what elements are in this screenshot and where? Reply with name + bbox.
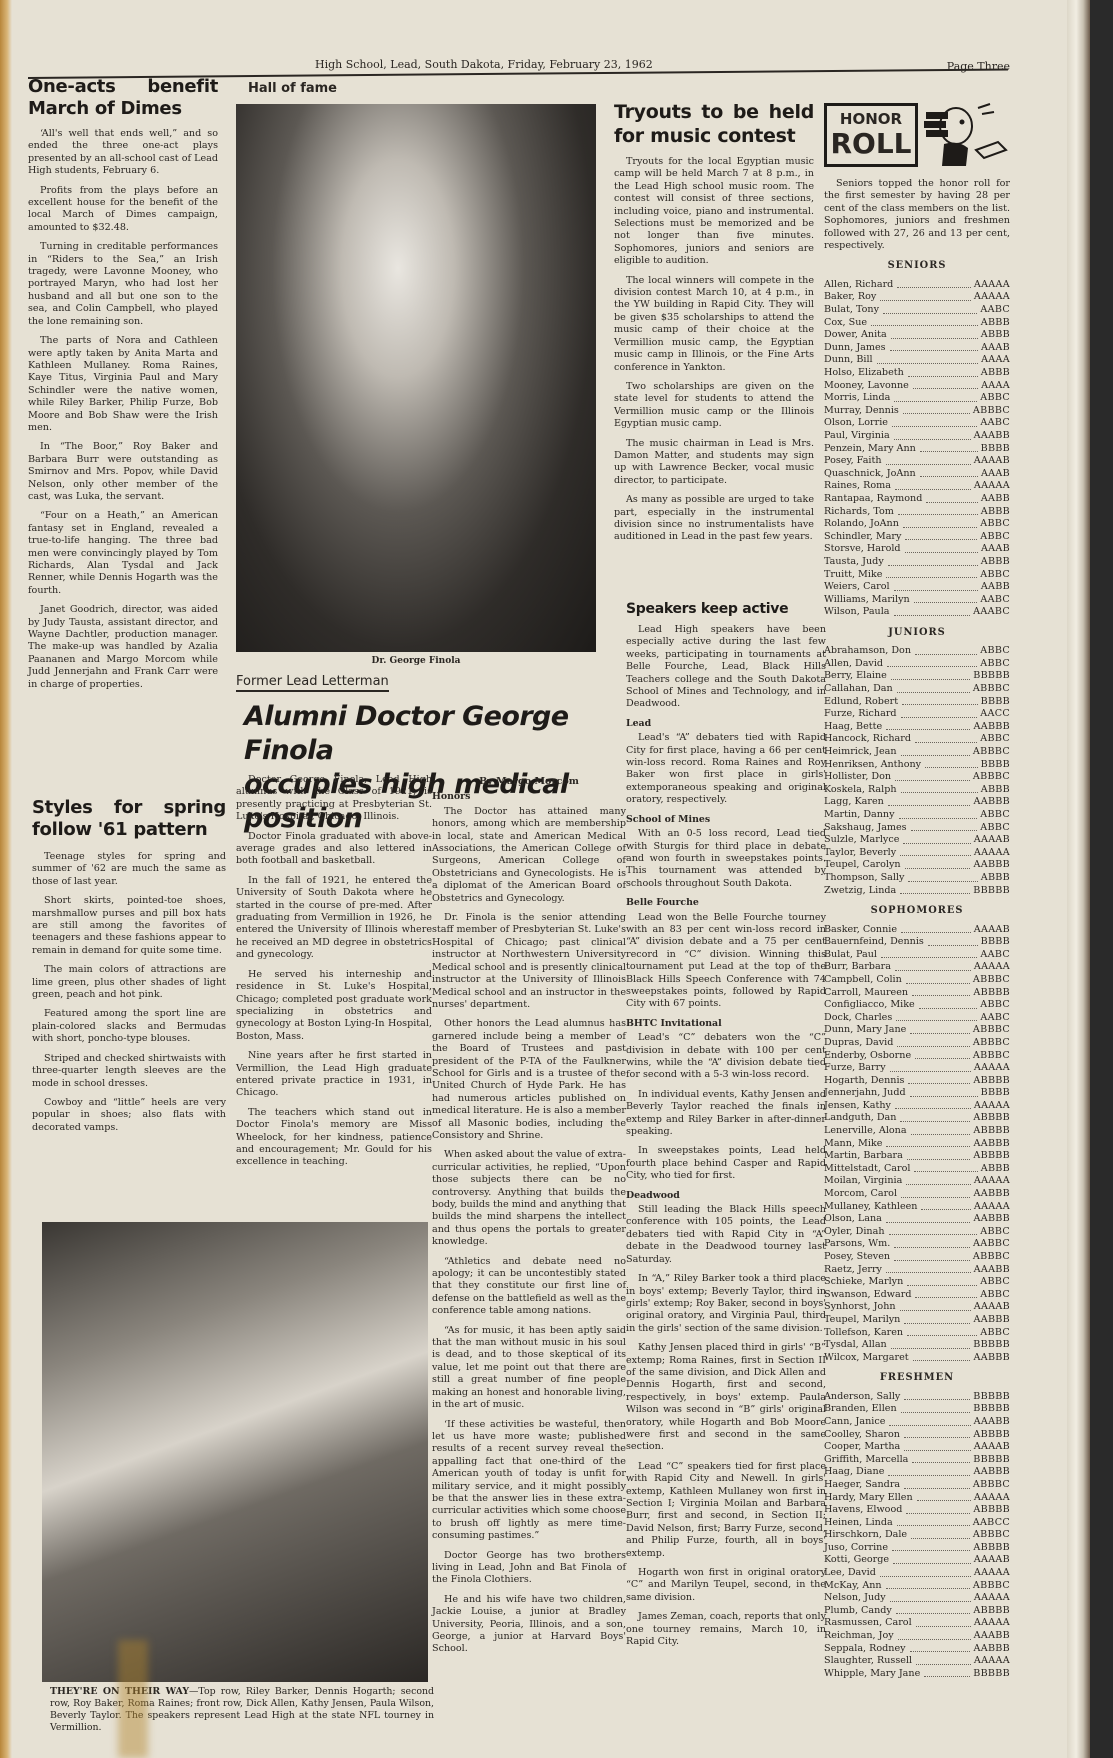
leader-dots (893, 1554, 971, 1564)
student-grades: AAABB (974, 1264, 1010, 1277)
student-name: Henriksen, Anthony (824, 759, 921, 772)
leader-dots (915, 733, 977, 743)
leader-dots (920, 468, 978, 478)
honor-roll-entry: Moilan, VirginiaAAAAA (824, 1175, 1010, 1188)
honor-roll-entry: Morris, LindaABBC (824, 392, 1010, 405)
section-subhead: Lead (626, 718, 826, 730)
honor-roll-entry: Swanson, EdwardABBC (824, 1289, 1010, 1302)
student-name: Parsons, Wm. (824, 1238, 890, 1251)
honor-roll-entry: Mann, MikeAABBB (824, 1138, 1010, 1151)
student-grades: AACC (980, 708, 1010, 721)
leader-dots (895, 480, 971, 490)
student-grades: AABBB (973, 1466, 1010, 1479)
leader-dots (900, 1112, 970, 1122)
honor-roll-entry: Schieke, MarlynABBC (824, 1276, 1010, 1289)
styles-headline: Styles for spring follow '61 pattern (32, 797, 226, 841)
leader-dots (890, 1592, 971, 1602)
student-grades: AAABB (974, 1416, 1010, 1429)
leader-dots (900, 885, 970, 895)
article-paragraph: Dr. Finola is the senior attending staff… (432, 912, 626, 1011)
leader-dots (895, 961, 971, 971)
student-grades: AABBB (973, 1188, 1010, 1201)
honor-roll-entry: Morcom, CarolAABBB (824, 1188, 1010, 1201)
leader-dots (886, 1264, 971, 1274)
student-grades: BBBB (981, 443, 1010, 456)
student-name: Mooney, Lavonne (824, 380, 909, 393)
student-name: Teupel, Carolyn (824, 859, 901, 872)
leader-dots (896, 1012, 977, 1022)
speakers-article: Speakers keep active Lead High speakers … (626, 600, 826, 1655)
honor-roll-entry: Haag, BetteAABBB (824, 721, 1010, 734)
student-name: Hirschkorn, Dale (824, 1529, 907, 1542)
leader-dots (877, 354, 978, 364)
honor-roll-entry: Tollefson, KarenABBC (824, 1327, 1010, 1340)
student-grades: AABC (980, 949, 1010, 962)
honor-roll-entry: Martin, DannyABBC (824, 809, 1010, 822)
student-name: Swanson, Edward (824, 1289, 911, 1302)
leader-dots (880, 1567, 971, 1577)
article-paragraph: Janet Goodrich, director, was aided by J… (28, 604, 218, 691)
honor-roll-entry: Dunn, BillAAAA (824, 354, 1010, 367)
student-name: Dunn, James (824, 342, 886, 355)
honor-roll-entry: Lagg, KarenAABBB (824, 796, 1010, 809)
student-name: Allen, Richard (824, 279, 893, 292)
student-grades: ABBC (980, 809, 1010, 822)
honor-roll-entry: Mullaney, KathleenAAAAA (824, 1201, 1010, 1214)
honor-roll-entry: Zwetzig, LindaBBBBB (824, 885, 1010, 898)
student-grades: AAAB (981, 342, 1010, 355)
badge-line-1: HONOR (827, 109, 915, 129)
student-grades: AABC (980, 1012, 1010, 1025)
student-name: Landguth, Dan (824, 1112, 896, 1125)
article-paragraph: In “A,” Riley Barker took a third place … (626, 1273, 826, 1335)
honor-roll-entry: Paul, VirginiaAAABB (824, 430, 1010, 443)
leader-dots (901, 784, 978, 794)
honor-roll-entry: Furze, RichardAACC (824, 708, 1010, 721)
leader-dots (889, 1416, 970, 1426)
honor-roll-entry: Seppala, RodneyAABBB (824, 1643, 1010, 1656)
honor-roll-entry: Mooney, LavonneAAAA (824, 380, 1010, 393)
student-grades: ABBC (980, 1276, 1010, 1289)
leader-dots (897, 683, 970, 693)
student-name: Murray, Dennis (824, 405, 899, 418)
leader-dots (897, 1037, 970, 1047)
honor-roll-entry: Jennerjahn, JuddBBBB (824, 1087, 1010, 1100)
student-grades: AABBB (973, 1643, 1010, 1656)
leader-dots (891, 1339, 971, 1349)
speakers-group-photo (42, 1222, 428, 1682)
leader-dots (903, 834, 970, 844)
student-name: Reichman, Joy (824, 1630, 894, 1643)
student-grades: AABBB (973, 859, 1010, 872)
leader-dots (901, 924, 971, 934)
student-grades: AAABC (973, 606, 1010, 619)
honor-roll-entry: Burr, BarbaraAAAAA (824, 961, 1010, 974)
honor-roll-list: Abrahamson, DonABBCAllen, DavidABBCBerry… (824, 645, 1010, 897)
student-grades: BBBBB (973, 1454, 1010, 1467)
leader-dots (883, 304, 977, 314)
honor-roll-entry: Tausta, JudyABBB (824, 556, 1010, 569)
leader-dots (907, 1276, 977, 1286)
headline-line-1: Alumni Doctor George Finola (244, 700, 624, 768)
honor-roll-entry: Sakshaug, JamesABBC (824, 822, 1010, 835)
student-name: Mann, Mike (824, 1138, 882, 1151)
leader-dots (904, 1391, 970, 1401)
page-number: Page Three (947, 60, 1010, 73)
student-name: Campbell, Colin (824, 974, 902, 987)
leader-dots (903, 405, 970, 415)
article-paragraph: James Zeman, coach, reports that only on… (626, 1611, 826, 1648)
student-name: Morris, Linda (824, 392, 890, 405)
leader-dots (904, 1441, 971, 1451)
student-grades: AAAAA (974, 291, 1010, 304)
leader-dots (891, 329, 978, 339)
student-name: Dock, Charles (824, 1012, 892, 1025)
leader-dots (905, 543, 978, 553)
student-name: Storsve, Harold (824, 543, 901, 556)
student-grades: BBBB (981, 1087, 1010, 1100)
student-name: Lagg, Karen (824, 796, 884, 809)
leader-dots (899, 809, 978, 819)
honor-roll-entry: Rasmussen, CarolAAAAA (824, 1617, 1010, 1630)
student-name: Coolley, Sharon (824, 1429, 900, 1442)
student-grades: ABBC (980, 733, 1010, 746)
leader-dots (906, 1175, 971, 1185)
leader-dots (911, 1125, 971, 1135)
honor-roll-entry: Cooper, MarthaAAAAB (824, 1441, 1010, 1454)
leader-dots (911, 822, 978, 832)
student-name: Havens, Elwood (824, 1504, 902, 1517)
student-name: Martin, Danny (824, 809, 895, 822)
hall-of-fame-label: Hall of fame (248, 81, 337, 96)
student-name: Mittelstadt, Carol (824, 1163, 910, 1176)
student-name: Dunn, Mary Jane (824, 1024, 906, 1037)
student-name: Olson, Lana (824, 1213, 882, 1226)
student-name: Oyler, Dinah (824, 1226, 885, 1239)
student-name: Hollister, Don (824, 771, 891, 784)
student-name: Branden, Ellen (824, 1403, 897, 1416)
honor-roll-entry: Wilcox, MargaretAABBB (824, 1352, 1010, 1365)
student-grades: ABBBB (973, 1075, 1010, 1088)
article-paragraph: Cowboy and “little” heels are very popul… (32, 1097, 226, 1134)
section-subhead: BHTC Invitational (626, 1018, 826, 1030)
article-paragraph: Lead High speakers have been especially … (626, 624, 826, 711)
leader-dots (880, 291, 971, 301)
student-name: Dunn, Bill (824, 354, 873, 367)
student-grades: AAAAA (974, 1175, 1010, 1188)
honor-roll-entry: Lenerville, AlonaABBBB (824, 1125, 1010, 1138)
article-paragraph: Tryouts for the local Egyptian music cam… (614, 156, 814, 268)
student-grades: AAAAB (974, 924, 1010, 937)
honor-roll-entry: Callahan, DanABBBC (824, 683, 1010, 696)
honor-roll-entry: Olson, LanaAABBB (824, 1213, 1010, 1226)
article-paragraph: In sweepstakes points, Lead held fourth … (626, 1145, 826, 1182)
honor-roll-entry: Martin, BarbaraABBBB (824, 1150, 1010, 1163)
student-grades: AAAAA (974, 480, 1010, 493)
student-name: Schindler, Mary (824, 531, 901, 544)
student-grades: ABBBB (973, 1429, 1010, 1442)
honor-roll-entry: Quaschnick, JoAnnAAAB (824, 468, 1010, 481)
leader-dots (871, 317, 978, 327)
honors-subhead: Honors (432, 791, 626, 803)
student-name: Raines, Roma (824, 480, 891, 493)
article-paragraph: Lead's “A” debaters tied with Rapid City… (626, 732, 826, 806)
student-name: Truitt, Mike (824, 569, 882, 582)
honor-roll-entry: Nelson, JudyAAAAA (824, 1592, 1010, 1605)
honor-roll-entry: Bulat, PaulAABC (824, 949, 1010, 962)
honor-roll-entry: Schindler, MaryABBC (824, 531, 1010, 544)
student-grades: ABBBC (973, 405, 1010, 418)
article-paragraph: Profits from the plays before an excelle… (28, 185, 218, 235)
leader-dots (905, 859, 971, 869)
student-name: Slaughter, Russell (824, 1655, 912, 1668)
group-photo-caption: THEY'RE ON THEIR WAY—Top row, Riley Bark… (50, 1686, 434, 1734)
student-grades: AAABB (974, 1630, 1010, 1643)
student-grades: ABBBB (973, 1112, 1010, 1125)
honor-roll-entry: Posey, StevenABBBC (824, 1251, 1010, 1264)
portrait-caption: Dr. George Finola (236, 656, 596, 666)
honor-roll-entry: Carroll, MaureenABBBB (824, 987, 1010, 1000)
student-name: Carroll, Maureen (824, 987, 908, 1000)
student-name: Rantapaa, Raymond (824, 493, 922, 506)
honor-roll-badge: HONOR ROLL (824, 103, 918, 167)
student-grades: AAAB (981, 468, 1010, 481)
honor-roll-entry: Tysdal, AllanBBBBB (824, 1339, 1010, 1352)
student-grades: AABB (981, 581, 1010, 594)
honor-roll-entry: Allen, DavidABBC (824, 658, 1010, 671)
student-name: Jennerjahn, Judd (824, 1087, 906, 1100)
article-paragraph: “Athletics and debate need no apology; i… (432, 1256, 626, 1318)
leader-dots (906, 1504, 970, 1514)
tryouts-article: Tryouts to be held for music contest Try… (614, 100, 814, 551)
leader-dots (904, 1479, 970, 1489)
student-grades: AABBB (973, 1314, 1010, 1327)
student-grades: ABBBC (973, 771, 1010, 784)
student-grades: AAAA (981, 354, 1010, 367)
article-paragraph: The parts of Nora and Cathleen were aptl… (28, 335, 218, 434)
student-name: Heinen, Linda (824, 1517, 893, 1530)
student-name: Anderson, Sally (824, 1391, 900, 1404)
honor-roll-entry: Hogarth, DennisABBBB (824, 1075, 1010, 1088)
leader-dots (916, 1617, 971, 1627)
leader-dots (915, 1050, 970, 1060)
honor-roll-entry: Plumb, CandyABBBB (824, 1605, 1010, 1618)
leader-dots (894, 1251, 970, 1261)
leader-dots (897, 279, 971, 289)
student-grades: AABBB (973, 721, 1010, 734)
article-paragraph: ‘If these activities be wasteful, then l… (432, 1419, 626, 1543)
leader-dots (894, 430, 971, 440)
leader-dots (894, 606, 971, 616)
article-paragraph: ‘All's well that ends well,” and so ende… (28, 128, 218, 178)
article-paragraph: He served his interneship and residence … (236, 969, 432, 1043)
honor-roll-entry: Lee, DavidAAAAA (824, 1567, 1010, 1580)
leader-dots (901, 746, 970, 756)
honor-roll-entry: Hancock, RichardABBC (824, 733, 1010, 746)
finola-column-2: By Margo Morcom Honors The Doctor has at… (432, 776, 626, 1663)
student-grades: BBBBB (973, 1403, 1010, 1416)
article-paragraph: Teenage styles for spring and summer of … (32, 851, 226, 888)
honor-roll-entry: Parsons, Wm.AABBC (824, 1238, 1010, 1251)
masthead-dateline: High School, Lead, South Dakota, Friday,… (315, 58, 653, 71)
student-grades: AAAAB (974, 455, 1010, 468)
honor-roll-entry: Hollister, DonABBBC (824, 771, 1010, 784)
student-name: Bulat, Tony (824, 304, 879, 317)
article-paragraph: He and his wife have two children, Jacki… (432, 1594, 626, 1656)
student-name: Enderby, Osborne (824, 1050, 911, 1063)
student-name: Raetz, Jerry (824, 1264, 882, 1277)
leader-dots (901, 1188, 970, 1198)
honor-roll-entry: Oyler, DinahABBC (824, 1226, 1010, 1239)
student-grades: ABBB (981, 556, 1010, 569)
student-name: Haag, Diane (824, 1466, 884, 1479)
student-name: Tysdal, Allan (824, 1339, 887, 1352)
styles-article: Styles for spring follow '61 pattern Tee… (32, 797, 226, 1141)
leader-dots (906, 974, 970, 984)
leader-dots (900, 1301, 971, 1311)
student-name: Griffith, Marcella (824, 1454, 908, 1467)
student-name: Moilan, Virginia (824, 1175, 902, 1188)
leader-dots (894, 1238, 970, 1248)
student-grades: BBBB (981, 759, 1010, 772)
student-name: Holso, Elizabeth (824, 367, 904, 380)
student-name: Paul, Virginia (824, 430, 890, 443)
leader-dots (888, 1466, 970, 1476)
honor-roll-entry: Haag, DianeAABBB (824, 1466, 1010, 1479)
student-name: Basker, Connie (824, 924, 897, 937)
honor-roll-entry: Enderby, OsborneABBBC (824, 1050, 1010, 1063)
student-name: Bauernfeind, Dennis (824, 936, 924, 949)
student-name: McKay, Ann (824, 1580, 882, 1593)
student-grades: ABBBC (973, 1024, 1010, 1037)
honor-roll-entry: Holso, ElizabethABBB (824, 367, 1010, 380)
student-grades: BBBBB (973, 1339, 1010, 1352)
student-grades: AABCC (973, 1517, 1010, 1530)
leader-dots (907, 1327, 977, 1337)
student-name: Haag, Bette (824, 721, 882, 734)
speakers-headline: Speakers keep active (626, 600, 826, 618)
leader-dots (908, 367, 978, 377)
student-grades: ABBB (981, 872, 1010, 885)
honor-roll-entry: Dock, CharlesAABC (824, 1012, 1010, 1025)
honor-roll-entry: Landguth, DanABBBB (824, 1112, 1010, 1125)
student-grades: AABBB (973, 796, 1010, 809)
student-grades: AABBC (973, 1238, 1010, 1251)
honor-roll-entry: Wilson, PaulaAAABC (824, 606, 1010, 619)
student-grades: ABBBB (973, 987, 1010, 1000)
article-paragraph: Doctor George has two brothers living in… (432, 1550, 626, 1587)
student-grades: BBBB (981, 936, 1010, 949)
article-paragraph: Hogarth won first in original oratory “C… (626, 1567, 826, 1604)
student-name: Furze, Barry (824, 1062, 886, 1075)
student-grades: AAAB (981, 543, 1010, 556)
student-grades: ABBC (980, 392, 1010, 405)
student-name: Allen, David (824, 658, 883, 671)
honor-roll-entry: Basker, ConnieAAAAB (824, 924, 1010, 937)
student-name: Rolando, JoAnn (824, 518, 899, 531)
article-paragraph: Lead won the Belle Fourche tourney with … (626, 912, 826, 1011)
leader-dots (888, 556, 978, 566)
leader-dots (889, 1226, 978, 1236)
student-name: Lee, David (824, 1567, 876, 1580)
student-grades: AAAAA (974, 1492, 1010, 1505)
honor-roll-entry: Raetz, JerryAAABB (824, 1264, 1010, 1277)
leader-dots (926, 493, 977, 503)
honor-roll-entry: Dunn, Mary JaneABBBC (824, 1024, 1010, 1037)
leader-dots (888, 796, 971, 806)
student-name: Burr, Barbara (824, 961, 891, 974)
student-grades: AAAA (981, 380, 1010, 393)
honor-roll-entry: Rantapaa, RaymondAABB (824, 493, 1010, 506)
student-grades: AABBB (973, 1213, 1010, 1226)
student-name: Williams, Marilyn (824, 594, 910, 607)
article-paragraph: As many as possible are urged to take pa… (614, 494, 814, 544)
student-grades: ABBBC (973, 1479, 1010, 1492)
student-with-books-icon (918, 98, 1008, 170)
student-grades: ABBB (981, 784, 1010, 797)
student-name: Abrahamson, Don (824, 645, 911, 658)
leader-dots (886, 1138, 970, 1148)
honor-roll-entry: Storsve, HaroldAAAB (824, 543, 1010, 556)
article-paragraph: Lead “C” speakers tied for first place w… (626, 1461, 826, 1560)
student-grades: ABBBC (973, 746, 1010, 759)
honor-roll-entry: Dower, AnitaABBB (824, 329, 1010, 342)
article-paragraph: Featured among the sport line are plain-… (32, 1008, 226, 1045)
article-paragraph: When asked about the value of extra-curr… (432, 1149, 626, 1248)
page-binding-edge (0, 0, 12, 1758)
honor-roll-entry: Richards, TomABBB (824, 506, 1010, 519)
student-grades: AABC (980, 417, 1010, 430)
article-paragraph: With an 0-5 loss record, Lead tied with … (626, 828, 826, 890)
student-name: Berry, Elaine (824, 670, 887, 683)
student-name: Taylor, Beverly (824, 847, 896, 860)
student-name: Configliacco, Mike (824, 999, 915, 1012)
student-name: Dupras, David (824, 1037, 893, 1050)
student-name: Rasmussen, Carol (824, 1617, 912, 1630)
leader-dots (903, 518, 977, 528)
leader-dots (913, 380, 978, 390)
leader-dots (896, 1605, 971, 1615)
student-name: Synhorst, John (824, 1301, 896, 1314)
leader-dots (911, 1529, 970, 1539)
honor-roll-list: Allen, RichardAAAAABaker, RoyAAAAABulat,… (824, 279, 1010, 619)
class-heading-seniors: SENIORS (824, 260, 1010, 272)
student-name: Sulzle, Marlyce (824, 834, 899, 847)
student-grades: AABBB (973, 1138, 1010, 1151)
student-name: Baker, Roy (824, 291, 876, 304)
honor-roll-article: Seniors topped the honor roll for the fi… (824, 178, 1010, 1680)
class-heading-sophomores: SOPHOMORES (824, 905, 1010, 917)
honor-roll-entry: Heimrick, JeanABBBC (824, 746, 1010, 759)
article-paragraph: In “The Boor,” Roy Baker and Barbara Bur… (28, 441, 218, 503)
leader-dots (908, 1075, 970, 1085)
student-name: Teupel, Marilyn (824, 1314, 900, 1327)
student-name: Bulat, Paul (824, 949, 877, 962)
student-grades: AABC (980, 594, 1010, 607)
article-paragraph: Nine years after he first started in Ver… (236, 1050, 432, 1100)
student-grades: ABBC (980, 531, 1010, 544)
honor-roll-entry: Anderson, SallyBBBBB (824, 1391, 1010, 1404)
leader-dots (897, 1517, 970, 1527)
student-name: Jensen, Kathy (824, 1100, 891, 1113)
one-acts-headline: One-acts benefit March of Dimes (28, 76, 218, 120)
student-grades: ABBBC (973, 1037, 1010, 1050)
leader-dots (921, 1201, 970, 1211)
student-grades: ABBC (980, 999, 1010, 1012)
portrait-photo (236, 104, 596, 652)
article-paragraph: The Doctor has attained many honors, amo… (432, 806, 626, 905)
article-paragraph: In individual events, Kathy Jensen and B… (626, 1089, 826, 1139)
